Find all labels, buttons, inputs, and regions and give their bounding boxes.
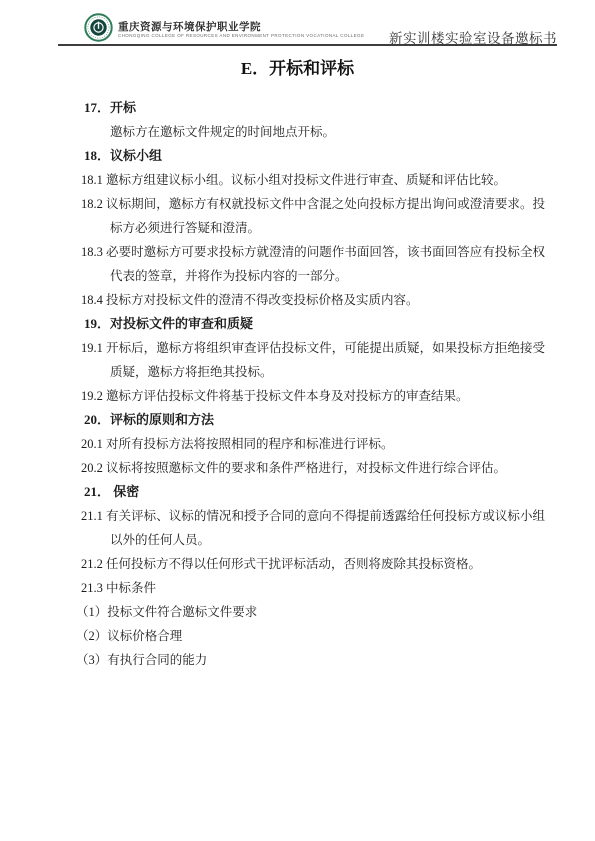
header-rule <box>58 44 557 46</box>
list-item: （2）议标价格合理 <box>76 624 595 648</box>
paragraph: 21.1 有关评标、议标的情况和授予合同的意向不得提前透露给任何投标方或议标小组… <box>81 504 545 552</box>
page-title: E．开标和评标 <box>0 56 595 82</box>
section-heading: 17．开标 <box>84 96 595 120</box>
paragraph: 21.3 中标条件 <box>81 576 545 600</box>
college-logo-icon <box>84 13 113 42</box>
section-heading: 21． 保密 <box>84 480 595 504</box>
paragraph: 19.1 开标后，邀标方将组织审查评估投标文件，可能提出质疑，如果投标方拒绝接受… <box>81 336 545 384</box>
paragraph: 邀标方在邀标文件规定的时间地点开标。 <box>110 120 545 144</box>
section-heading: 20．评标的原则和方法 <box>84 408 595 432</box>
section-heading: 19．对投标文件的审查和质疑 <box>84 312 595 336</box>
paragraph: 18.4 投标方对投标文件的澄清不得改变投标价格及实质内容。 <box>81 288 545 312</box>
paragraph: 19.2 邀标方评估投标文件将基于投标文件本身及对投标方的审查结果。 <box>81 384 545 408</box>
college-name: 重庆资源与环境保护职业学院 <box>118 19 261 34</box>
college-name-english: CHONGQING COLLEGE OF RESOURCES AND ENVIR… <box>118 33 364 38</box>
paragraph: 20.1 对所有投标方法将按照相同的程序和标准进行评标。 <box>81 432 545 456</box>
paragraph: 21.2 任何投标方不得以任何形式干扰评标活动，否则将废除其投标资格。 <box>81 552 545 576</box>
document-page: 重庆资源与环境保护职业学院 CHONGQING COLLEGE OF RESOU… <box>0 0 595 841</box>
paragraph: 18.3 必要时邀标方可要求投标方就澄清的问题作书面回答，该书面回答应有投标全权… <box>81 240 545 288</box>
paragraph: 18.2 议标期间，邀标方有权就投标文件中含混之处向投标方提出询问或澄清要求。投… <box>81 192 545 240</box>
list-item: （3）有执行合同的能力 <box>76 648 595 672</box>
section-heading: 18．议标小组 <box>84 144 595 168</box>
paragraph: 20.2 议标将按照邀标文件的要求和条件严格进行，对投标文件进行综合评估。 <box>81 456 545 480</box>
paragraph: 18.1 邀标方组建议标小组。议标小组对投标文件进行审查、质疑和评估比较。 <box>81 168 545 192</box>
document-body: 17．开标邀标方在邀标文件规定的时间地点开标。18．议标小组18.1 邀标方组建… <box>0 96 595 672</box>
list-item: （1）投标文件符合邀标文件要求 <box>76 600 595 624</box>
